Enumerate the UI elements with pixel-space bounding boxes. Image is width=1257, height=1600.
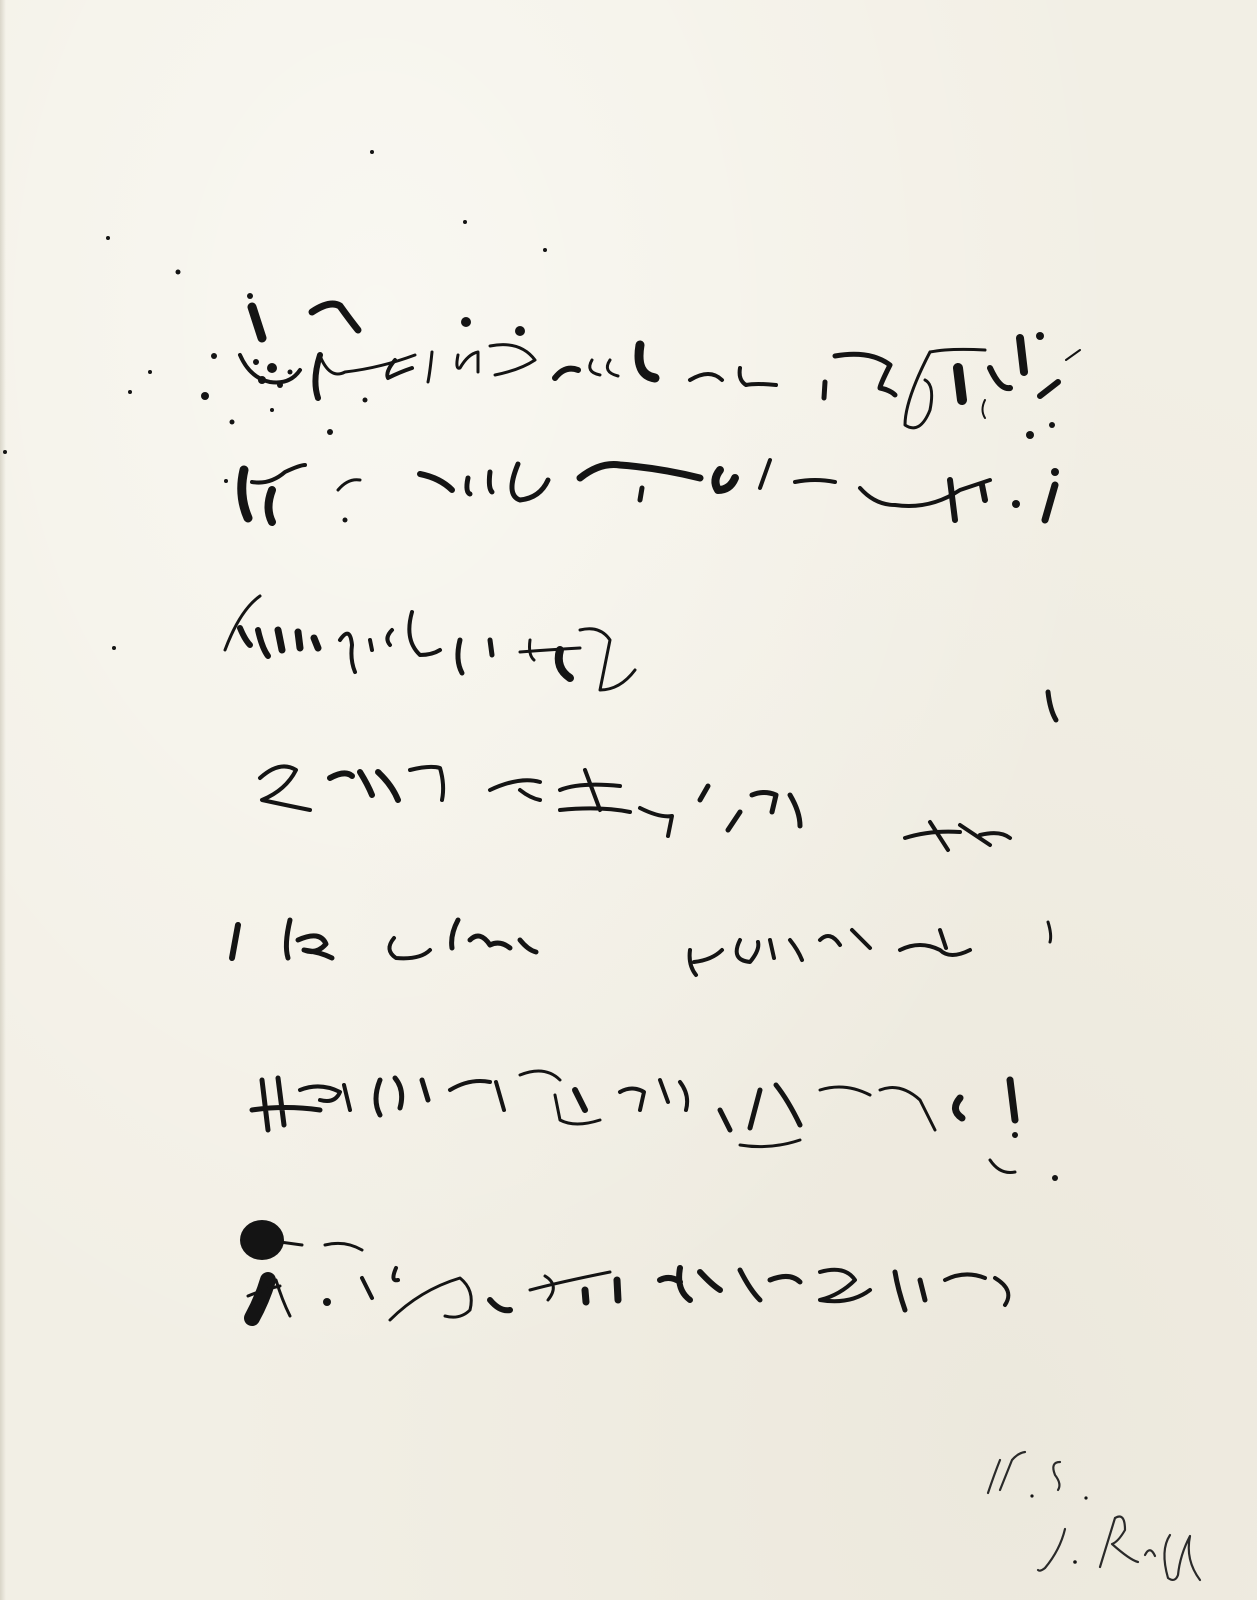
script-line-2 [242, 460, 1059, 522]
script-line-4 [260, 766, 1010, 850]
ink-splatter [3, 150, 547, 650]
script-line-3 [225, 596, 1056, 720]
calligraphy-artwork [0, 0, 1257, 1600]
script-line-5 [232, 920, 1051, 975]
script-line-6 [252, 1071, 1058, 1181]
artist-signature [988, 1452, 1200, 1580]
script-line-1 [240, 304, 1080, 439]
script-line-7 [240, 1220, 1008, 1320]
